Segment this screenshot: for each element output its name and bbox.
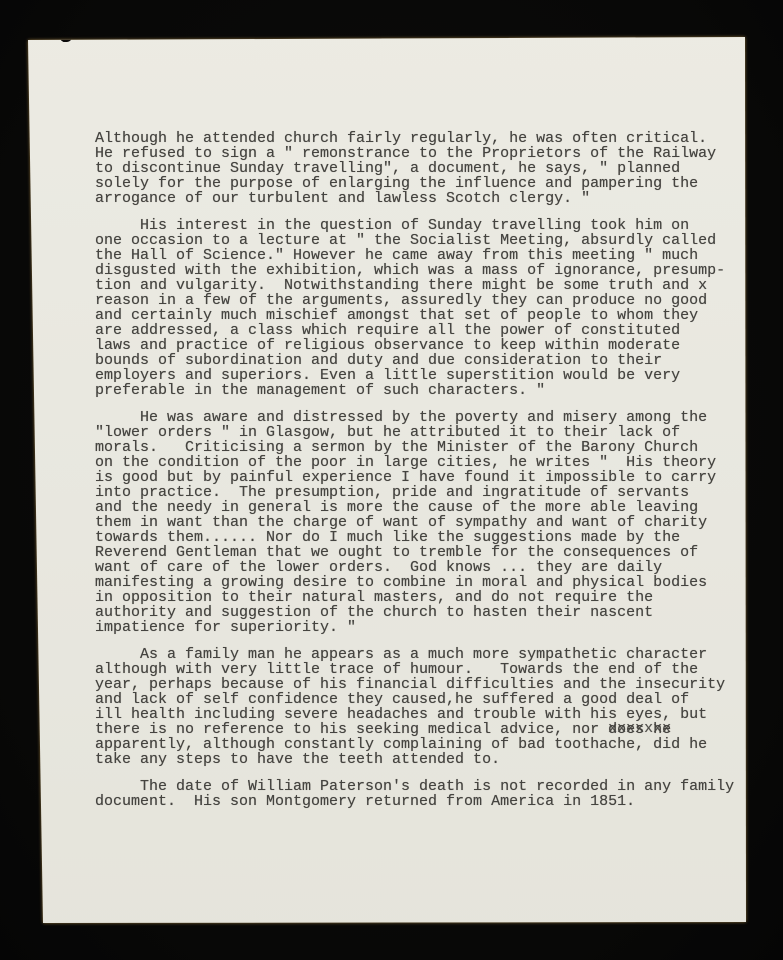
paragraph: Although he attended church fairly regul… xyxy=(95,131,734,206)
text-run: apparently, although constantly complain… xyxy=(95,736,707,768)
overtype-x-marks: xxxxxxx xyxy=(608,721,671,736)
paragraph: His interest in the question of Sunday t… xyxy=(95,218,734,398)
paragraph: He was aware and distressed by the pover… xyxy=(95,410,734,635)
strikethrough-text: does hexxxxxxx xyxy=(608,722,671,737)
paragraph: The date of William Paterson's death is … xyxy=(95,779,734,809)
paragraph: As a family man he appears as a much mor… xyxy=(95,647,734,767)
typewritten-text: Although he attended church fairly regul… xyxy=(95,131,734,809)
scan-background: Although he attended church fairly regul… xyxy=(0,0,783,960)
text-run: The date of William Paterson's death is … xyxy=(95,778,734,810)
text-run: His interest in the question of Sunday t… xyxy=(95,217,725,399)
paper-edge-notch xyxy=(60,37,72,42)
paper-shadow-wrap: Although he attended church fairly regul… xyxy=(0,0,783,960)
text-run: He was aware and distressed by the pover… xyxy=(95,409,716,636)
text-run: Although he attended church fairly regul… xyxy=(95,130,716,207)
document-page: Although he attended church fairly regul… xyxy=(0,0,783,960)
